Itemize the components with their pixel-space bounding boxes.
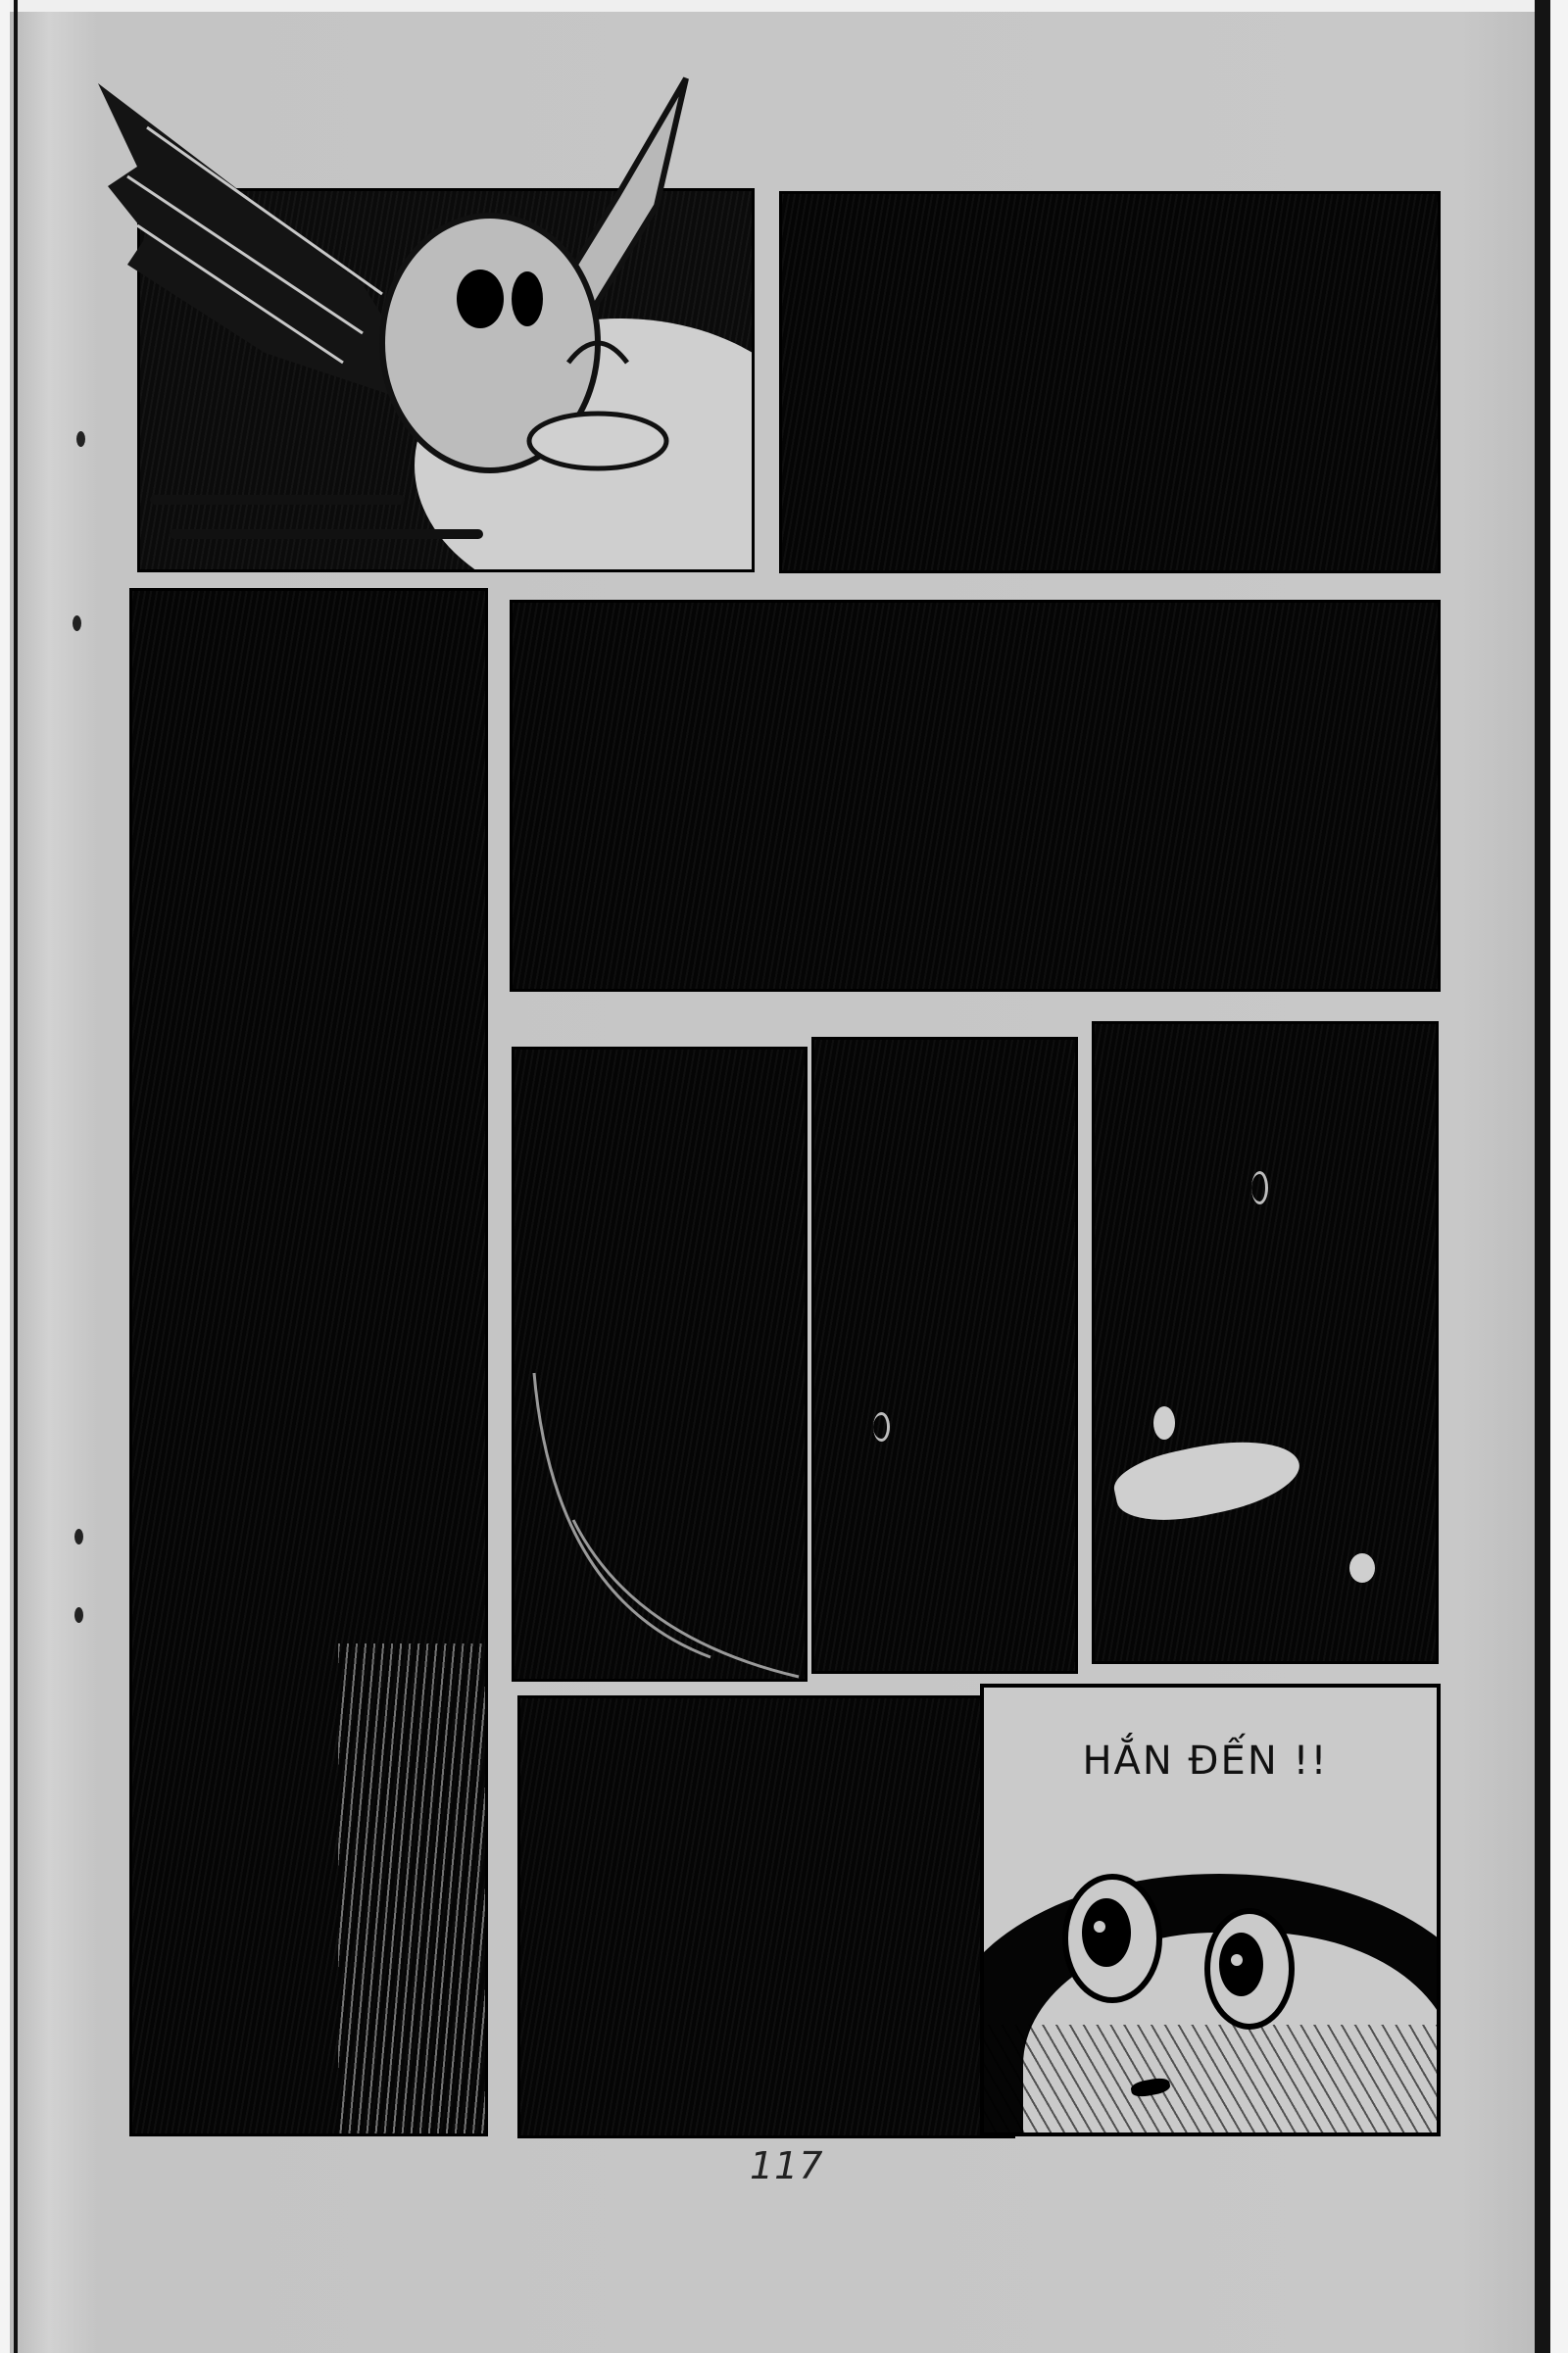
speech-bubble: HẮN ĐẾN !! [1000, 1697, 1411, 1844]
eye-glint [1231, 1954, 1243, 1966]
crosshatch-shading [338, 1643, 485, 2133]
speech-text: HẮN ĐẾN !! [1082, 1739, 1328, 1784]
glinting-eye [1251, 1171, 1268, 1204]
binding-hole [74, 1529, 83, 1544]
page-right-edge [1535, 0, 1550, 2353]
pupil-right [1219, 1933, 1263, 1996]
spine-line [14, 0, 18, 2353]
panel-texture [520, 1698, 1012, 2135]
panel-dark-silhouette [510, 600, 1441, 992]
panel-dark-curve [512, 1047, 808, 1682]
panel-texture [782, 194, 1438, 570]
panel-texture [814, 1040, 1075, 1671]
panel-texture [513, 603, 1438, 989]
eye-glint [1094, 1921, 1105, 1933]
coat-button [1349, 1553, 1375, 1583]
manga-page: HẮN ĐẾN !! 117 [10, 0, 1550, 2353]
page-top-edge [10, 0, 1550, 12]
binding-hole [74, 1607, 83, 1623]
coat-button [1153, 1406, 1175, 1440]
panel-texture [1095, 1024, 1436, 1661]
panel-shocked-face: HẮN ĐẾN !! [980, 1684, 1441, 2136]
binding-hole [73, 615, 81, 631]
panel-dark-texture [517, 1695, 1015, 2138]
panel-tree-trunk [129, 588, 488, 2136]
curve-outline [514, 1050, 808, 1682]
owl-illustration [69, 39, 755, 588]
speed-lines [984, 2025, 1437, 2132]
pupil-left [1082, 1898, 1131, 1967]
panel-small-figure [811, 1037, 1078, 1674]
glinting-eye [873, 1412, 890, 1442]
page-number: 117 [750, 2144, 824, 2187]
panel-reaching-hand [1092, 1021, 1439, 1664]
panel-dark-figure [779, 191, 1441, 573]
